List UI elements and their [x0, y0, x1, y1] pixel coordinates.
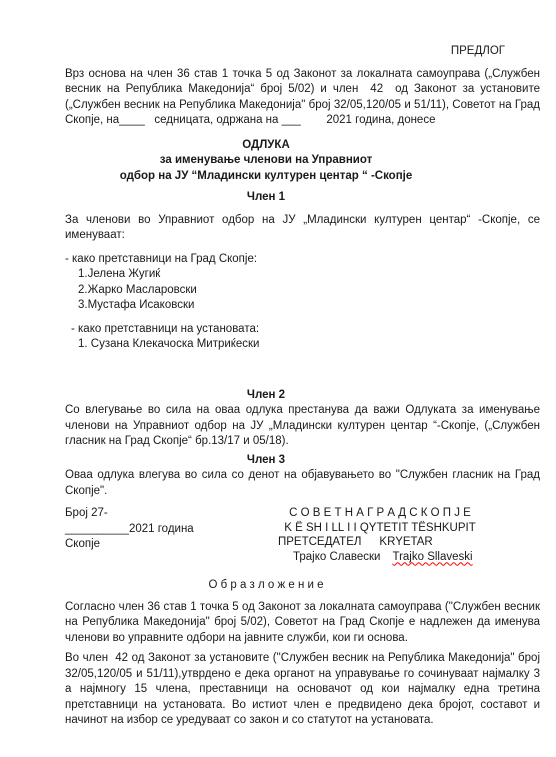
intro-paragraph: Врз основа на член 36 став 1 точка 5 од …: [65, 67, 540, 129]
decision-title: ОДЛУКА за именување членови на Управниот…: [65, 138, 467, 185]
document-date: __________2021 година: [65, 522, 194, 538]
group2-label: - како претставници на установата:: [71, 322, 540, 338]
document-body: ПРЕДЛОГ Врз основа на член 36 став 1 точ…: [65, 0, 540, 729]
group1-members: 1.Јелена Жугиќ 2.Жарко Масларовски 3.Мус…: [65, 267, 540, 314]
president-title-row: ПРЕТСЕДАТЕЛ KRYETAR: [268, 535, 492, 550]
council-name-sq: K Ë SH I LL I I QYTETIT TËSHKUPIT: [268, 521, 492, 536]
group2-members: 1. Сузана Клекачоска Митриќески: [71, 337, 540, 353]
member-item: 1.Јелена Жугиќ: [78, 267, 540, 283]
representatives-city-group: - како претставници на Град Скопје: 1.Је…: [65, 252, 540, 314]
president-name-mk: Трајко Славески: [293, 550, 380, 565]
representatives-institution-group: - како претставници на установата: 1. Су…: [65, 322, 540, 353]
spacer: [380, 550, 392, 565]
document-page: ПРЕДЛОГ Врз основа на член 36 став 1 точ…: [0, 0, 556, 757]
article2-body: Со влегување во сила на оваа одлука прес…: [65, 403, 540, 450]
member-item: 2.Жарко Масларовски: [78, 283, 540, 299]
president-name-row: Трајко Славески Trajko Sllaveski: [268, 550, 492, 565]
signature-number-block: Број 27- __________2021 година Скопје: [65, 506, 194, 553]
article3-heading: Член 3: [65, 453, 467, 469]
president-title-sq: KRYETAR: [379, 535, 432, 550]
president-title-mk: ПРЕТСЕДАТЕЛ: [278, 535, 361, 550]
group1-label: - како претставници на Град Скопје:: [65, 252, 540, 268]
member-item: 3.Мустафа Исаковски: [78, 298, 540, 314]
article2-heading: Член 2: [65, 388, 467, 404]
article1-intro: За членови во Управниот одбор на ЈУ „Мла…: [65, 213, 540, 244]
decision-title-line1: ОДЛУКА: [65, 138, 467, 154]
article3-body: Оваа одлука влегува во сила со денот на …: [65, 468, 540, 499]
explanation-paragraph1: Согласно член 36 став 1 точка 5 од Закон…: [65, 600, 540, 647]
proposal-label: ПРЕДЛОГ: [65, 44, 540, 60]
spacer: [361, 535, 379, 550]
signature-block: Број 27- __________2021 година Скопје С …: [65, 506, 540, 568]
document-number: Број 27-: [65, 506, 194, 522]
decision-title-line3: одбор на ЈУ “Младински културен центар “…: [65, 169, 467, 185]
explanation-heading: О б р а з л о ж е н и е: [65, 578, 467, 594]
explanation-paragraph2: Во член 42 од Законот за установите ("Сл…: [65, 651, 540, 729]
document-city: Скопје: [65, 537, 194, 553]
signature-council-block: С О В Е Т Н А Г Р А Д С К О П Ј Е K Ë SH…: [268, 506, 492, 564]
member-item: 1. Сузана Клекачоска Митриќески: [78, 337, 540, 353]
decision-title-line2: за именување членови на Управниот: [65, 153, 467, 169]
council-name-mk: С О В Е Т Н А Г Р А Д С К О П Ј Е: [268, 506, 492, 521]
president-name-sq: Trajko Sllaveski: [392, 550, 472, 565]
article1-heading: Член 1: [65, 190, 467, 206]
